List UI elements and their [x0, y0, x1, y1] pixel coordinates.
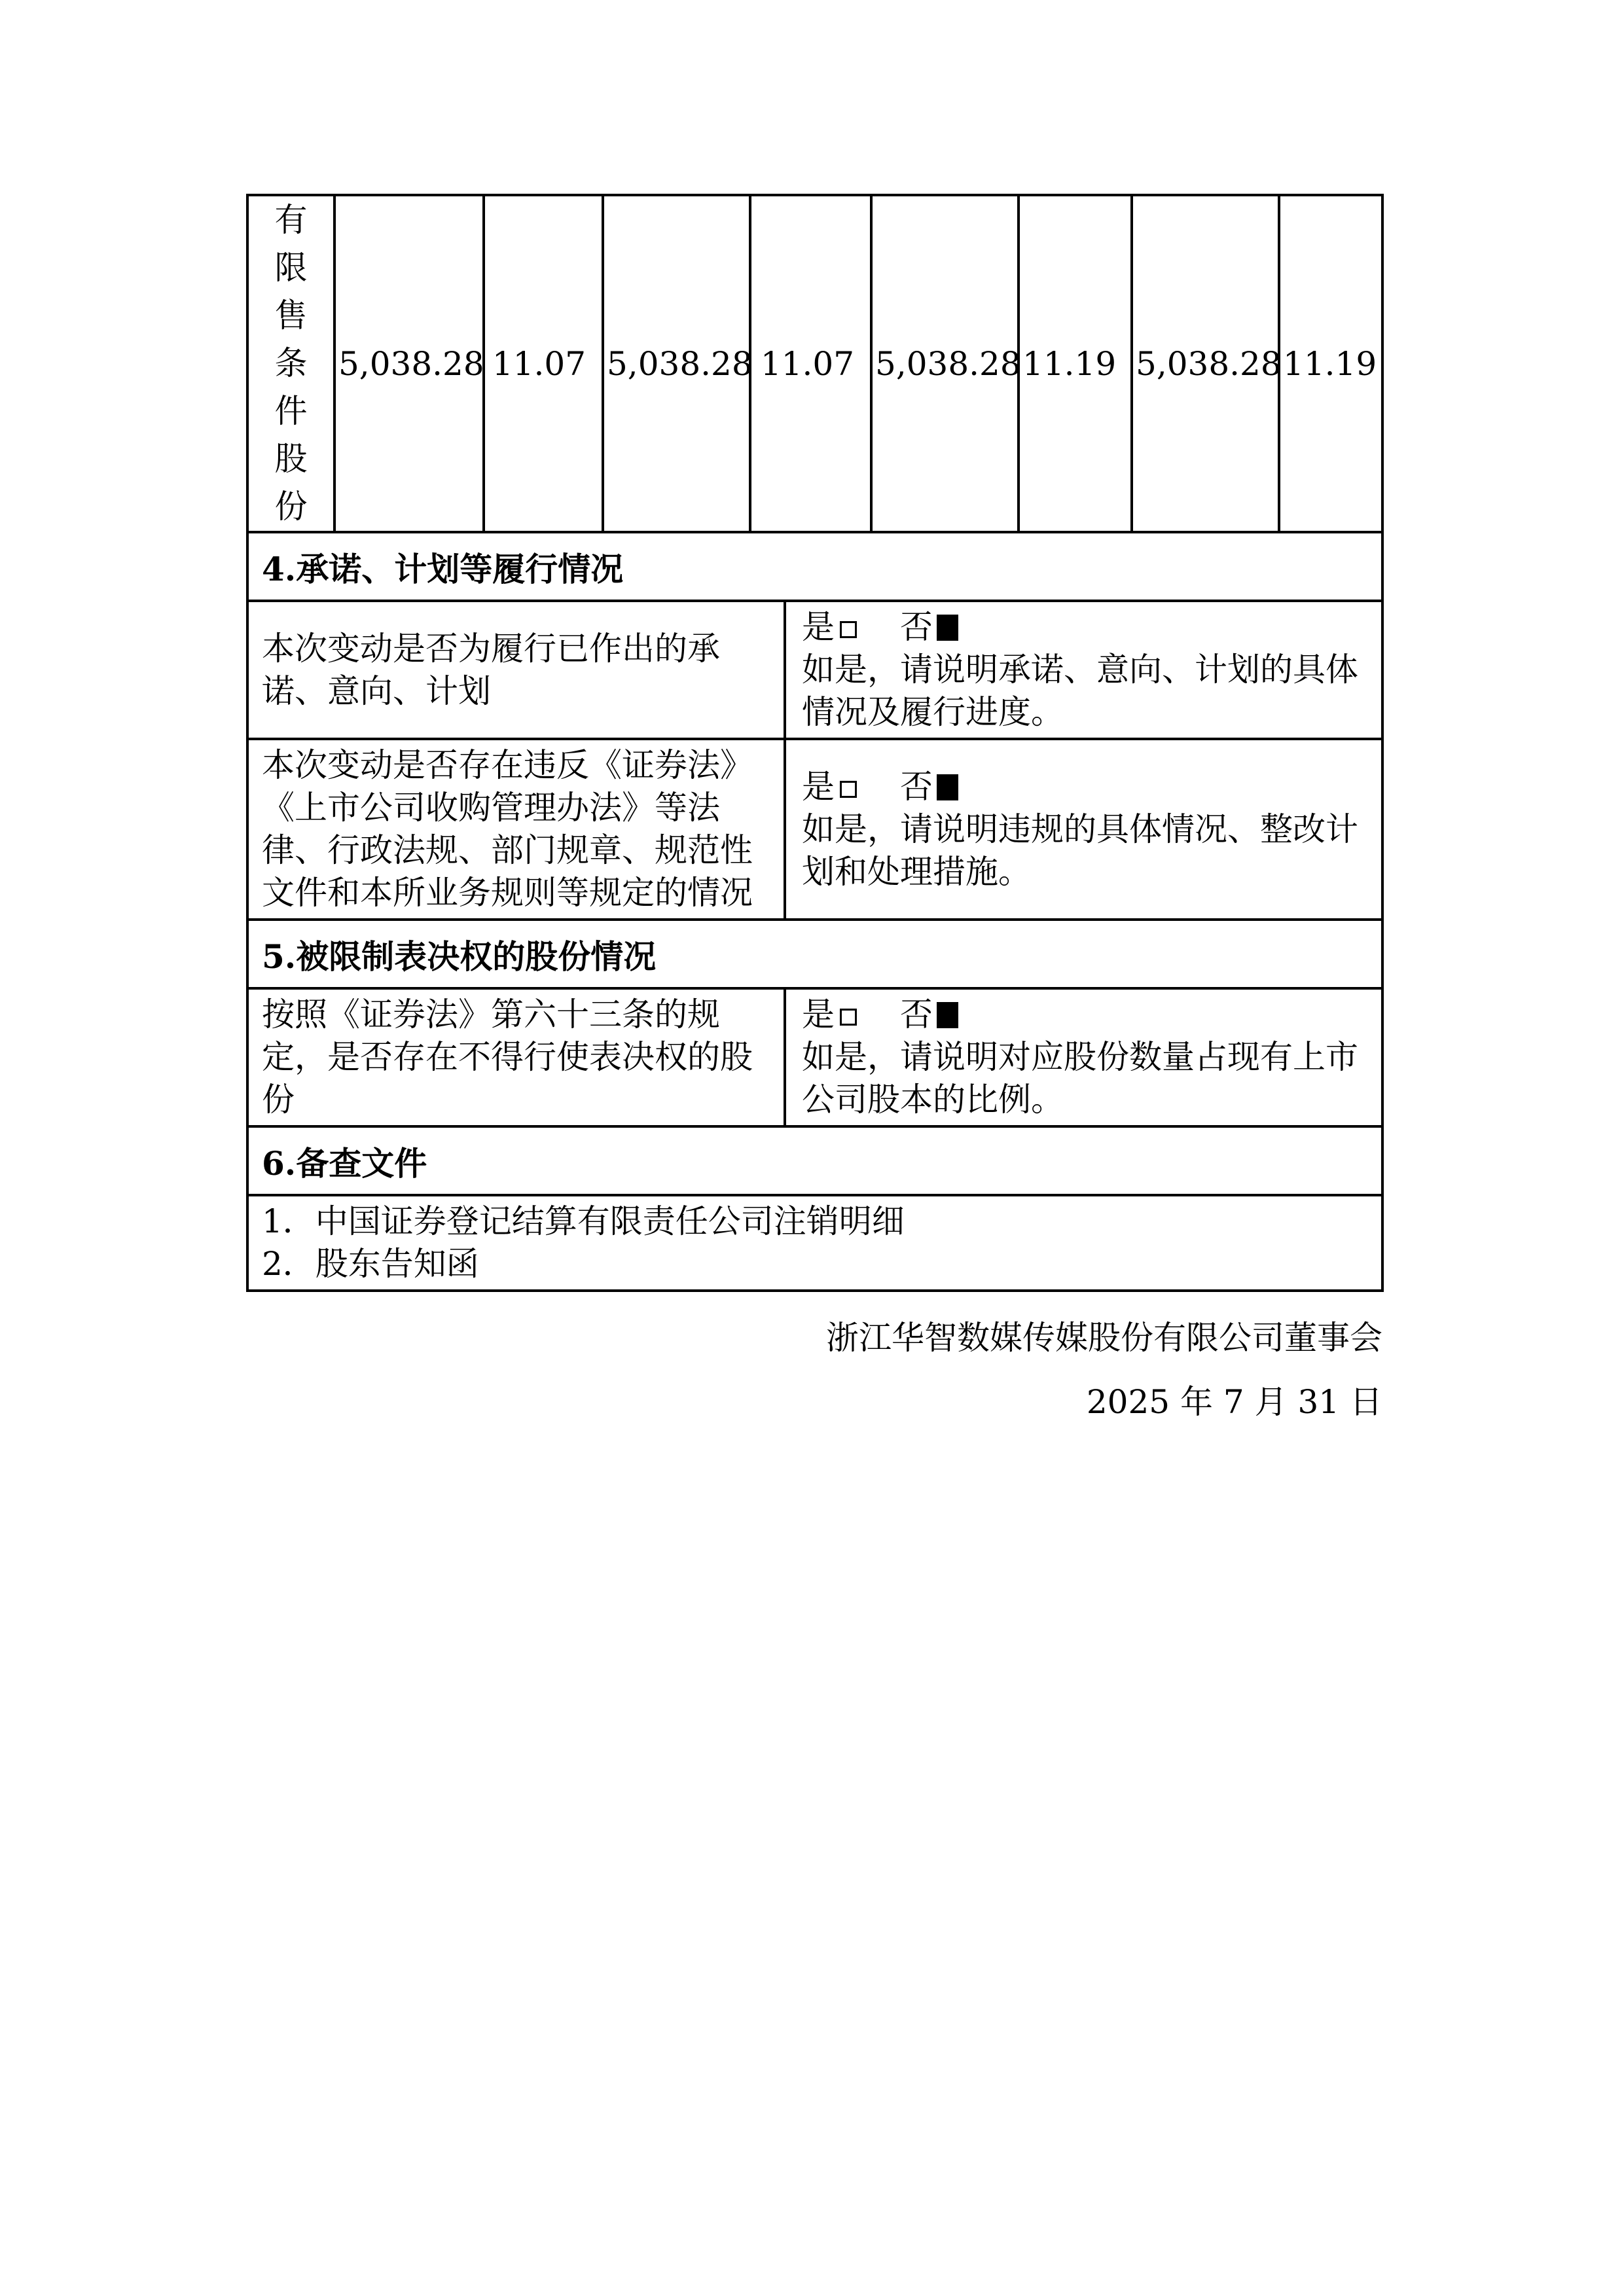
no-label: 否 [900, 608, 933, 646]
document-item: 2．股东告知函 [262, 1243, 1371, 1285]
yes-no-line: 是否 [802, 766, 1371, 808]
yes-label: 是 [802, 768, 835, 806]
question-violation: 本次变动是否存在违反《证券法》 《上市公司收购管理办法》等法 律、行政法规、部门… [247, 739, 785, 920]
answer-voting: 是否 如是，请说明对应股份数量占现有上市 公司股本的比例。 [785, 988, 1382, 1126]
section-6-row: 6.备查文件 [247, 1126, 1382, 1195]
question-line: 文件和本所业务规则等规定的情况 [262, 872, 773, 914]
signature-company: 浙江华智数媒传媒股份有限公司董事会 [826, 1306, 1382, 1370]
checkbox-checked-icon [937, 1002, 958, 1028]
restricted-shares-label-cell: 有限售条件股份 [247, 195, 334, 532]
answer-note-line: 情况及履行进度。 [802, 691, 1371, 734]
restricted-shares-value: 5,038.28 [334, 195, 484, 532]
restricted-shares-value: 11.07 [484, 195, 603, 532]
question-line: 按照《证券法》第六十三条的规 [262, 994, 773, 1036]
answer-note-line: 如是，请说明违规的具体情况、整改计 [802, 808, 1371, 851]
answer-commitment: 是否 如是，请说明承诺、意向、计划的具体 情况及履行进度。 [785, 601, 1382, 739]
restricted-shares-row: 有限售条件股份 5,038.28 11.07 5,038.28 11.07 5,… [247, 195, 1382, 532]
answer-violation: 是否 如是，请说明违规的具体情况、整改计 划和处理措施。 [785, 739, 1382, 920]
question-line: 定，是否存在不得行使表决权的股 [262, 1036, 773, 1079]
yes-no-line: 是否 [802, 606, 1371, 649]
signature-block: 浙江华智数媒传媒股份有限公司董事会 2025 年 7 月 31 日 [826, 1306, 1382, 1434]
signature-date: 2025 年 7 月 31 日 [826, 1370, 1382, 1434]
restricted-shares-value: 5,038.28 [871, 195, 1019, 532]
restricted-shares-value: 11.19 [1279, 195, 1382, 532]
checkbox-unchecked-icon [840, 1009, 857, 1026]
section-5-row: 5.被限制表决权的股份情况 [247, 920, 1382, 988]
answer-note-line: 如是，请说明承诺、意向、计划的具体 [802, 649, 1371, 691]
yes-label: 是 [802, 608, 835, 646]
documents-list: 1．中国证券登记结算有限责任公司注销明细 2．股东告知函 [247, 1195, 1382, 1291]
question-line: 份 [262, 1079, 773, 1121]
question-line: 本次变动是否为履行已作出的承 [262, 628, 773, 670]
section-4-header: 4.承诺、计划等履行情况 [247, 532, 1382, 601]
documents-row: 1．中国证券登记结算有限责任公司注销明细 2．股东告知函 [247, 1195, 1382, 1291]
question-line: 诺、意向、计划 [262, 670, 773, 713]
restricted-shares-value: 5,038.28 [603, 195, 750, 532]
checkbox-checked-icon [937, 774, 958, 800]
document-page: 有限售条件股份 5,038.28 11.07 5,038.28 11.07 5,… [0, 0, 1624, 2296]
section-4-row: 4.承诺、计划等履行情况 [247, 532, 1382, 601]
question-voting: 按照《证券法》第六十三条的规 定，是否存在不得行使表决权的股 份 [247, 988, 785, 1126]
section-6-header: 6.备查文件 [247, 1126, 1382, 1195]
question-row-voting: 按照《证券法》第六十三条的规 定，是否存在不得行使表决权的股 份 是否 如是，请… [247, 988, 1382, 1126]
section-5-header: 5.被限制表决权的股份情况 [247, 920, 1382, 988]
checkbox-unchecked-icon [840, 621, 857, 638]
answer-note-line: 公司股本的比例。 [802, 1079, 1371, 1121]
question-commitment: 本次变动是否为履行已作出的承 诺、意向、计划 [247, 601, 785, 739]
no-label: 否 [900, 768, 933, 806]
restricted-shares-value: 5,038.28 [1132, 195, 1279, 532]
checkbox-unchecked-icon [840, 781, 857, 798]
yes-no-line: 是否 [802, 994, 1371, 1036]
answer-note-line: 划和处理措施。 [802, 851, 1371, 893]
question-line: 《上市公司收购管理办法》等法 [262, 787, 773, 829]
yes-label: 是 [802, 996, 835, 1033]
restricted-shares-value: 11.19 [1019, 195, 1132, 532]
question-row-violation: 本次变动是否存在违反《证券法》 《上市公司收购管理办法》等法 律、行政法规、部门… [247, 739, 1382, 920]
answer-note-line: 如是，请说明对应股份数量占现有上市 [802, 1036, 1371, 1079]
no-label: 否 [900, 996, 933, 1033]
question-row-commitment: 本次变动是否为履行已作出的承 诺、意向、计划 是否 如是，请说明承诺、意向、计划… [247, 601, 1382, 739]
share-change-table: 有限售条件股份 5,038.28 11.07 5,038.28 11.07 5,… [246, 194, 1384, 1292]
checkbox-checked-icon [937, 615, 958, 641]
question-line: 本次变动是否存在违反《证券法》 [262, 744, 773, 787]
question-line: 律、行政法规、部门规章、规范性 [262, 829, 773, 872]
restricted-shares-value: 11.07 [750, 195, 871, 532]
document-item: 1．中国证券登记结算有限责任公司注销明细 [262, 1200, 1371, 1243]
restricted-shares-label: 有限售条件股份 [275, 196, 308, 531]
